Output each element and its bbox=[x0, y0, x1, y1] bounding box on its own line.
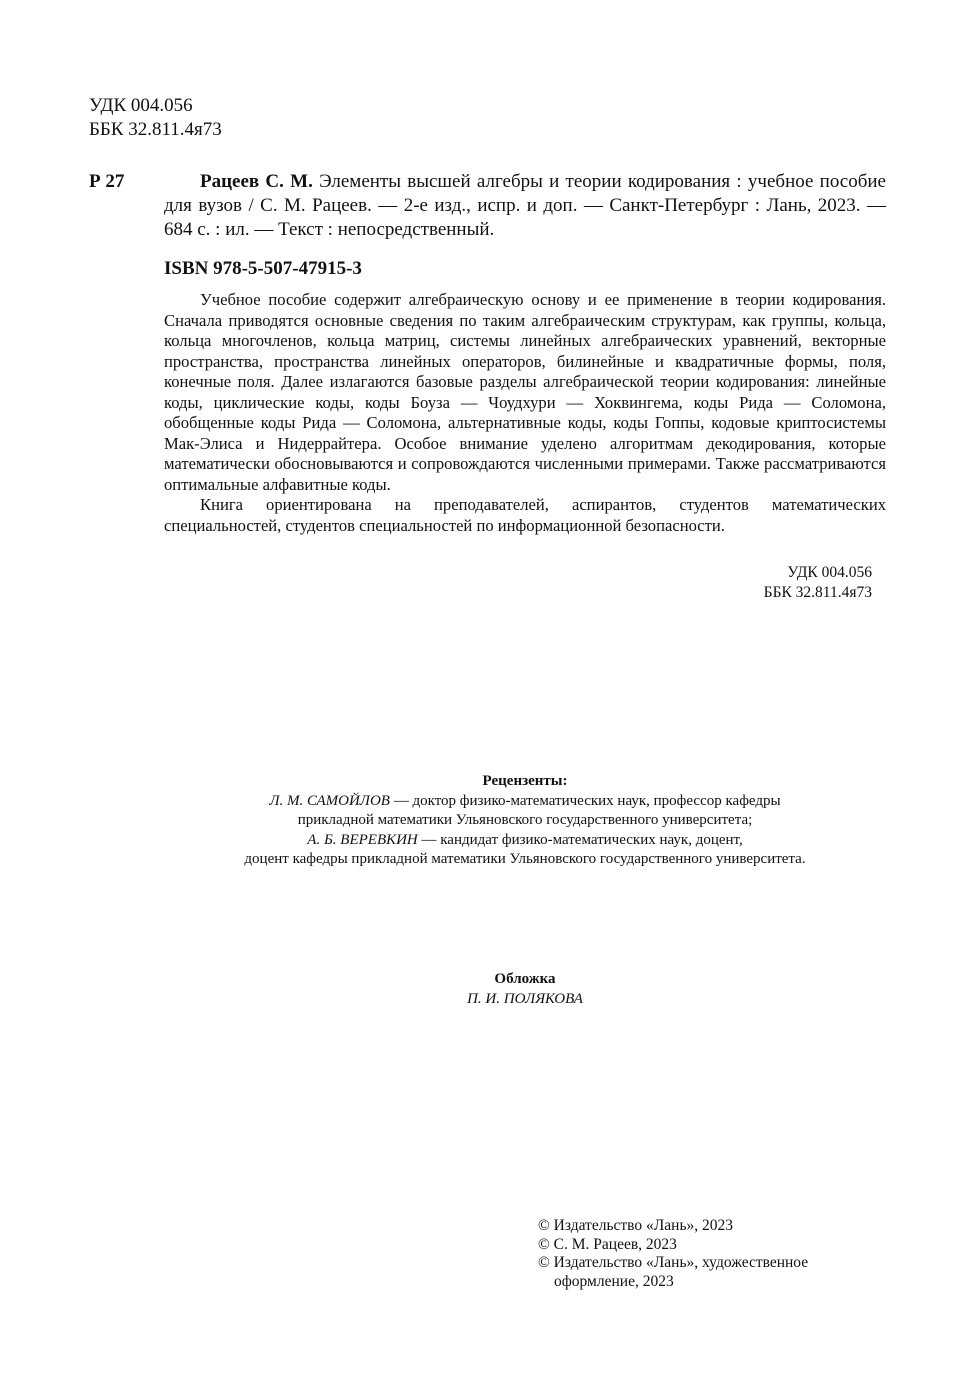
reviewers-section: Рецензенты: Л. М. САМОЙЛОВ — доктор физи… bbox=[0, 772, 976, 870]
cover-credit: Обложка П. И. ПОЛЯКОВА bbox=[0, 970, 976, 1009]
reviewer-entry: Л. М. САМОЙЛОВ — доктор физико-математич… bbox=[0, 792, 976, 812]
bbk-code: ББК 32.811.4я73 bbox=[89, 118, 222, 142]
udk-code: УДК 004.056 bbox=[89, 94, 222, 118]
catalog-code: Р 27 bbox=[89, 170, 124, 194]
annotation: Учебное пособие содержит алгебраическую … bbox=[164, 290, 886, 536]
bbk-code: ББК 32.811.4я73 bbox=[764, 583, 872, 603]
reviewer-name: А. Б. ВЕРЕВКИН bbox=[307, 832, 417, 848]
annotation-classification-codes: УДК 004.056 ББК 32.811.4я73 bbox=[764, 563, 872, 603]
reviewer-name: Л. М. САМОЙЛОВ bbox=[269, 793, 390, 809]
bibliographic-record: Рацеев С. М. Элементы высшей алгебры и т… bbox=[164, 170, 886, 242]
copyright-line: © Издательство «Лань», 2023 bbox=[538, 1217, 808, 1236]
udk-code: УДК 004.056 bbox=[764, 563, 872, 583]
copyright-line-continuation: оформление, 2023 bbox=[538, 1273, 808, 1292]
reviewer-title: — доктор физико-математических наук, про… bbox=[390, 793, 781, 809]
reviewer-entry: А. Б. ВЕРЕВКИН — кандидат физико-математ… bbox=[0, 831, 976, 851]
annotation-paragraph: Учебное пособие содержит алгебраическую … bbox=[164, 290, 886, 495]
annotation-paragraph: Книга ориентирована на преподавателей, а… bbox=[164, 495, 886, 536]
cover-designer: П. И. ПОЛЯКОВА bbox=[0, 990, 976, 1010]
cover-heading: Обложка bbox=[0, 970, 976, 990]
reviewers-heading: Рецензенты: bbox=[0, 772, 976, 792]
reviewer-affiliation: доцент кафедры прикладной математики Уль… bbox=[0, 850, 976, 870]
reviewer-title: — кандидат физико-математических наук, д… bbox=[418, 832, 743, 848]
header-classification-codes: УДК 004.056 ББК 32.811.4я73 bbox=[89, 94, 222, 142]
copyright-notices: © Издательство «Лань», 2023 © С. М. Раце… bbox=[538, 1217, 808, 1291]
isbn: ISBN 978-5-507-47915-3 bbox=[164, 257, 362, 281]
copyright-line: © С. М. Рацеев, 2023 bbox=[538, 1236, 808, 1255]
record-author: Рацеев С. М. bbox=[200, 171, 313, 192]
copyright-line: © Издательство «Лань», художественное bbox=[538, 1254, 808, 1273]
reviewer-affiliation: прикладной математики Ульяновского госуд… bbox=[0, 811, 976, 831]
